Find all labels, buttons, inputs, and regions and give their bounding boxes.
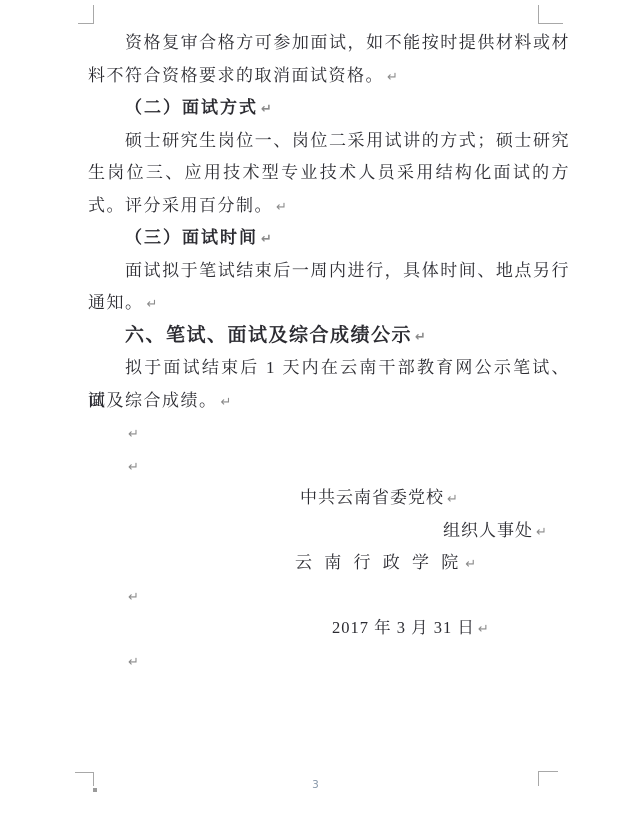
document-line: 通知。↵ <box>88 287 570 320</box>
document-line: 2017 年 3 月 31 日↵ <box>88 612 570 645</box>
document-line: 组织人事处↵ <box>88 515 570 548</box>
paragraph-mark-icon: ↵ <box>147 297 158 312</box>
line-text: 硕士研究生岗位一、岗位二采用试讲的方式；硕士研究 <box>125 131 570 150</box>
document-line: 试及综合成绩。↵ <box>88 385 570 418</box>
document-line: 六、笔试、面试及综合成绩公示↵ <box>88 320 570 353</box>
crop-mark-top-right-icon <box>538 5 563 24</box>
line-text: 云 南 行 政 学 院 <box>295 553 462 572</box>
paragraph-mark-icon: ↵ <box>128 460 139 475</box>
document-line: 生岗位三、应用技术型专业技术人员采用结构化面试的方 <box>88 157 570 190</box>
paragraph-mark-icon: ↵ <box>128 590 139 605</box>
document-line: （三）面试时间↵ <box>88 222 570 255</box>
document-line: ↵ <box>88 450 570 483</box>
line-text: 面试拟于笔试结束后一周内进行，具体时间、地点另行 <box>125 261 570 280</box>
paragraph-mark-icon: ↵ <box>261 102 272 117</box>
document-line: 中共云南省委党校↵ <box>88 482 570 515</box>
paragraph-mark-icon: ↵ <box>415 330 426 345</box>
document-line: ↵ <box>88 417 570 450</box>
line-text: 资格复审合格方可参加面试，如不能按时提供材料或材 <box>125 33 570 52</box>
document-line: 云 南 行 政 学 院↵ <box>88 547 570 580</box>
document-line: ↵ <box>88 645 570 678</box>
crop-mark-bottom-left-icon <box>75 772 94 786</box>
line-text: 料不符合资格要求的取消面试资格。 <box>88 66 384 85</box>
document-line: 式。评分采用百分制。↵ <box>88 190 570 223</box>
crop-mark-bottom-right-icon <box>538 771 558 786</box>
document-page: { "page": { "background": "#ffffff", "te… <box>0 0 631 819</box>
document-line: 资格复审合格方可参加面试，如不能按时提供材料或材 <box>88 27 570 60</box>
line-text: （二）面试方式 <box>125 98 258 117</box>
document-line: 拟于面试结束后 1 天内在云南干部教育网公示笔试、面 <box>88 352 570 385</box>
line-text: 组织人事处 <box>443 521 533 540</box>
line-text: 六、笔试、面试及综合成绩公示 <box>125 325 412 346</box>
paragraph-mark-icon: ↵ <box>261 232 272 247</box>
line-text: 式。评分采用百分制。 <box>88 196 273 215</box>
line-text: 生岗位三、应用技术型专业技术人员采用结构化面试的方 <box>88 163 570 182</box>
paragraph-mark-icon: ↵ <box>221 395 232 410</box>
line-text: 试及综合成绩。 <box>88 391 218 410</box>
page-number: 3 <box>312 779 319 791</box>
line-text: 通知。 <box>88 293 144 312</box>
document-line: 料不符合资格要求的取消面试资格。↵ <box>88 60 570 93</box>
paragraph-mark-icon: ↵ <box>447 492 458 507</box>
paragraph-mark-icon: ↵ <box>128 655 139 670</box>
paragraph-mark-icon: ↵ <box>536 525 547 540</box>
document-line: 面试拟于笔试结束后一周内进行，具体时间、地点另行 <box>88 255 570 288</box>
crop-mark-top-left-icon <box>78 5 94 24</box>
document-line: （二）面试方式↵ <box>88 92 570 125</box>
paragraph-mark-icon: ↵ <box>276 200 287 215</box>
paragraph-mark-icon: ↵ <box>478 622 489 637</box>
document-line: 硕士研究生岗位一、岗位二采用试讲的方式；硕士研究 <box>88 125 570 158</box>
document-body: 资格复审合格方可参加面试，如不能按时提供材料或材料不符合资格要求的取消面试资格。… <box>88 27 570 677</box>
document-line: ↵ <box>88 580 570 613</box>
footer-mark-icon <box>93 788 97 792</box>
line-text: （三）面试时间 <box>125 228 258 247</box>
line-text: 2017 年 3 月 31 日 <box>332 618 475 637</box>
paragraph-mark-icon: ↵ <box>387 70 398 85</box>
paragraph-mark-icon: ↵ <box>128 427 139 442</box>
line-text: 中共云南省委党校 <box>300 488 444 507</box>
paragraph-mark-icon: ↵ <box>465 557 476 572</box>
